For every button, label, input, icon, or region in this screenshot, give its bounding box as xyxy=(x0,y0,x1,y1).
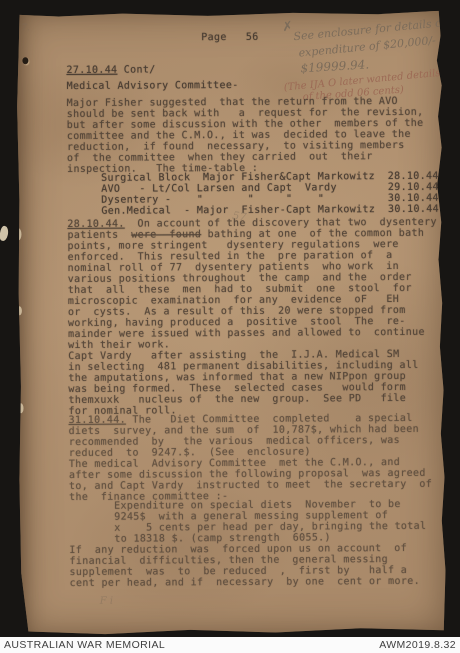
paragraph: Capt Vardy after assisting the I.J.A. Me… xyxy=(68,349,419,417)
timetable: Surgical Block Major Fisher&Capt Markowi… xyxy=(101,171,439,217)
pencil-tick: 7. xyxy=(21,23,30,33)
edge-chip xyxy=(17,306,22,315)
pencil-faint-mark: F i xyxy=(100,596,113,607)
paragraph: If any reduction was forced upon us on a… xyxy=(69,543,420,589)
entry-date-suffix: Cont/ xyxy=(117,64,155,75)
entry-date-heading: 27.10.44 Cont/ xyxy=(66,64,155,76)
document-page: 7. Page 56 ✗ See enclosure for details o… xyxy=(16,11,446,636)
paragraph: 28.10.44. On account of the discovery th… xyxy=(67,217,437,351)
caption-strip: AUSTRALIAN WAR MEMORIAL AWM2019.8.32 xyxy=(0,637,460,653)
paragraph: 31.10.44. The Diet Committee completed a… xyxy=(69,413,433,503)
edge-chip xyxy=(18,403,23,413)
paragraph-text: bathing at one of the common bath points… xyxy=(67,228,424,351)
paragraph-text: The Diet Committee completed a special d… xyxy=(69,413,433,503)
entry-date: 31.10.44. xyxy=(69,415,126,426)
pencil-squiggle: 57 xyxy=(231,209,247,224)
annotation-star-mark: ✗ xyxy=(281,19,294,35)
page-number: Page 56 xyxy=(201,32,258,43)
entry-date: 27.10.44 xyxy=(66,65,117,76)
punch-hole xyxy=(22,57,28,64)
paper-fragment xyxy=(0,225,9,241)
entry-date: 28.10.44. xyxy=(67,219,124,230)
paragraph: Major Fisher suggested that the return f… xyxy=(67,96,424,175)
photo-backdrop: 7. Page 56 ✗ See enclosure for details o… xyxy=(0,0,460,653)
section-heading: Medical Advisory Committee- xyxy=(67,80,239,92)
annotation-amount: $19999.94. xyxy=(300,57,369,75)
edge-chip xyxy=(15,228,21,240)
indented-resolution: Expenditure on special diets November to… xyxy=(114,499,426,545)
struck-text: were found xyxy=(131,229,201,240)
institution-label: AUSTRALIAN WAR MEMORIAL xyxy=(4,639,165,651)
accession-number: AWM2019.8.32 xyxy=(379,639,456,651)
